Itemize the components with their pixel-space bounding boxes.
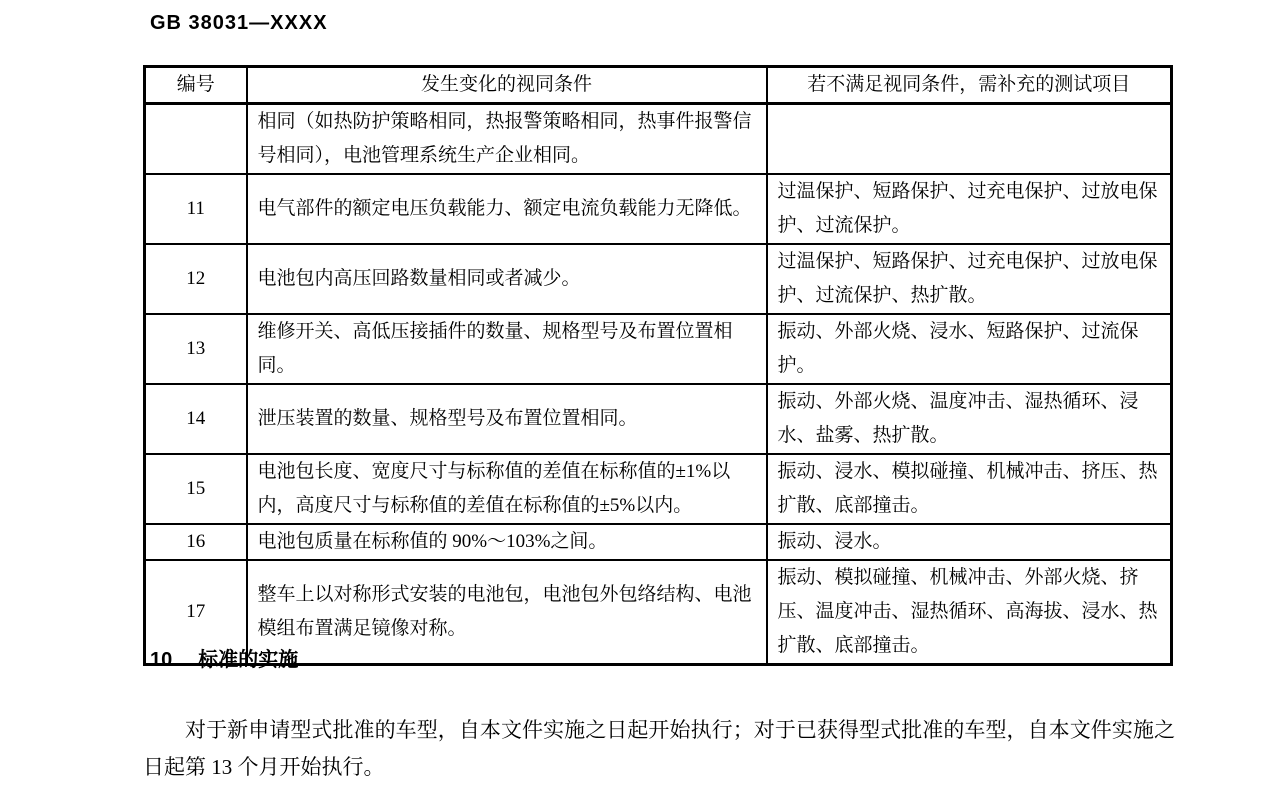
table-row: 相同（如热防护策略相同，热报警策略相同，热事件报警信号相同），电池管理系统生产企… [145,104,1172,175]
header-cell-condition: 发生变化的视同条件 [247,67,767,104]
cell-condition: 维修开关、高低压接插件的数量、规格型号及布置位置相同。 [247,314,767,384]
table-row: 12 电池包内高压回路数量相同或者减少。 过温保护、短路保护、过充电保护、过放电… [145,244,1172,314]
section-number: 10 [150,649,172,671]
cell-tests: 振动、外部火烧、温度冲击、湿热循环、浸水、盐雾、热扩散。 [767,384,1172,454]
cell-row-number [145,104,247,175]
deviation-table: 编号 发生变化的视同条件 若不满足视同条件，需补充的测试项目 相同（如热防护策略… [143,65,1173,666]
cell-row-number: 16 [145,524,247,560]
cell-condition: 电气部件的额定电压负载能力、额定电流负载能力无降低。 [247,174,767,244]
table-row: 14 泄压装置的数量、规格型号及布置位置相同。 振动、外部火烧、温度冲击、湿热循… [145,384,1172,454]
deviation-table-body: 相同（如热防护策略相同，热报警策略相同，热事件报警信号相同），电池管理系统生产企… [145,104,1172,665]
document-page: GB 38031—XXXX 编号 发生变化的视同条件 若不满足视同条件，需补充的… [0,0,1280,795]
table-row: 11 电气部件的额定电压负载能力、额定电流负载能力无降低。 过温保护、短路保护、… [145,174,1172,244]
cell-row-number: 13 [145,314,247,384]
cell-row-number: 14 [145,384,247,454]
cell-row-number: 11 [145,174,247,244]
table-header: 编号 发生变化的视同条件 若不满足视同条件，需补充的测试项目 [145,67,1172,104]
cell-tests: 振动、浸水、模拟碰撞、机械冲击、挤压、热扩散、底部撞击。 [767,454,1172,524]
cell-tests: 过温保护、短路保护、过充电保护、过放电保护、过流保护、热扩散。 [767,244,1172,314]
cell-condition: 相同（如热防护策略相同，热报警策略相同，热事件报警信号相同），电池管理系统生产企… [247,104,767,175]
body-paragraph: 对于新申请型式批准的车型，自本文件实施之日起开始执行；对于已获得型式批准的车型，… [143,712,1175,786]
cell-condition: 泄压装置的数量、规格型号及布置位置相同。 [247,384,767,454]
table-row: 17 整车上以对称形式安装的电池包，电池包外包络结构、电池模组布置满足镜像对称。… [145,560,1172,665]
doc-number: GB 38031—XXXX [150,12,328,35]
table-header-row: 编号 发生变化的视同条件 若不满足视同条件，需补充的测试项目 [145,67,1172,104]
header-cell-number: 编号 [145,67,247,104]
header-cell-tests: 若不满足视同条件，需补充的测试项目 [767,67,1172,104]
cell-row-number: 12 [145,244,247,314]
cell-tests [767,104,1172,175]
table-row: 15 电池包长度、宽度尺寸与标称值的差值在标称值的±1%以内，高度尺寸与标称值的… [145,454,1172,524]
section-title: 标准的实施 [198,649,298,671]
cell-condition: 整车上以对称形式安装的电池包，电池包外包络结构、电池模组布置满足镜像对称。 [247,560,767,665]
cell-tests: 振动、模拟碰撞、机械冲击、外部火烧、挤压、温度冲击、湿热循环、高海拔、浸水、热扩… [767,560,1172,665]
cell-condition: 电池包内高压回路数量相同或者减少。 [247,244,767,314]
section-heading: 10标准的实施 [150,643,298,672]
table-row: 16 电池包质量在标称值的 90%～103%之间。 振动、浸水。 [145,524,1172,560]
cell-condition: 电池包长度、宽度尺寸与标称值的差值在标称值的±1%以内，高度尺寸与标称值的差值在… [247,454,767,524]
cell-tests: 振动、浸水。 [767,524,1172,560]
cell-condition: 电池包质量在标称值的 90%～103%之间。 [247,524,767,560]
cell-tests: 过温保护、短路保护、过充电保护、过放电保护、过流保护。 [767,174,1172,244]
cell-tests: 振动、外部火烧、浸水、短路保护、过流保护。 [767,314,1172,384]
cell-row-number: 15 [145,454,247,524]
table-row: 13 维修开关、高低压接插件的数量、规格型号及布置位置相同。 振动、外部火烧、浸… [145,314,1172,384]
